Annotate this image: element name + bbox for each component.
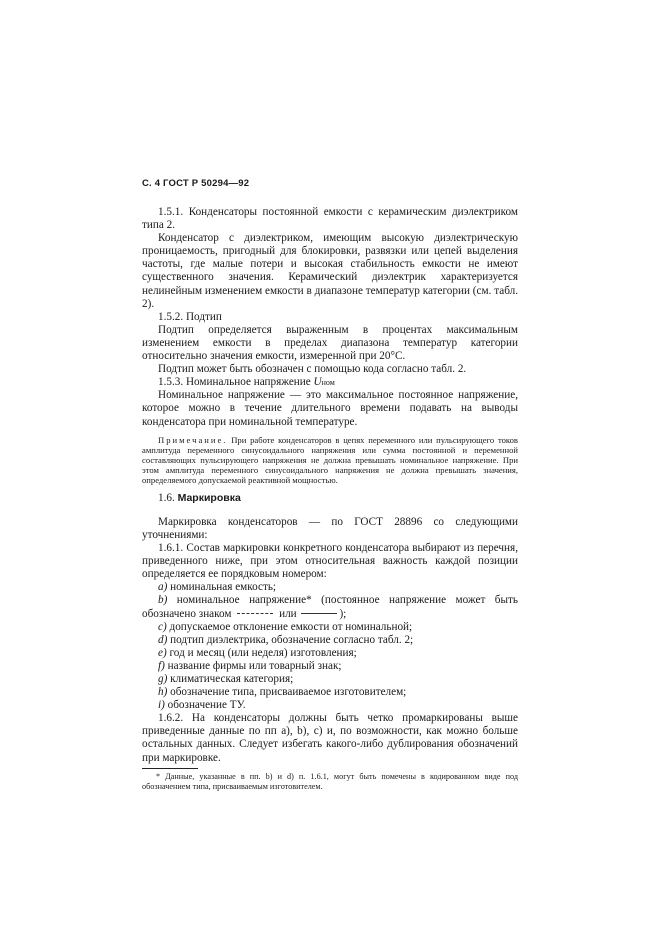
voltage-symbol: U [314, 376, 322, 388]
footnote-divider [142, 768, 198, 769]
item-letter: b) [158, 594, 167, 606]
dc-line-symbol-icon [301, 613, 337, 614]
item-letter: f) [158, 660, 165, 672]
item-text: подтип диэлектрика, обозначение согласно… [167, 634, 413, 646]
item-letter: i) [158, 699, 165, 711]
item-text-mid: или [276, 608, 299, 620]
dc-dashed-symbol-icon [237, 613, 273, 614]
heading-text: 1.5.3. Номинальное напряжение [158, 376, 314, 388]
page-header: С. 4 ГОСТ Р 50294—92 [142, 178, 518, 189]
item-text: номинальное напряжение* (постоянное напр… [142, 594, 518, 619]
item-text: обозначение ТУ. [165, 699, 246, 711]
item-text: климатическая категория; [167, 673, 293, 685]
item-letter: c) [158, 621, 167, 633]
heading-1-5-3: 1.5.3. Номинальное напряжение Uном [142, 376, 518, 389]
item-text-end: ); [339, 608, 346, 620]
heading-1-5-2: 1.5.2. Подтип [142, 311, 518, 324]
paragraph-1-6-1: 1.6.1. Состав маркировки конкретного кон… [142, 542, 518, 581]
paragraph-1-5-1: 1.5.1. Конденсаторы постоянной емкости с… [142, 206, 518, 232]
paragraph-rated-voltage: Номинальное напряжение — это максимально… [142, 389, 518, 428]
item-letter: d) [158, 634, 167, 646]
item-letter: a) [158, 581, 167, 593]
document-page: С. 4 ГОСТ Р 50294—92 1.5.1. Конденсаторы… [142, 178, 518, 792]
item-letter: h) [158, 686, 167, 698]
paragraph-subtype-def: Подтип определяется выраженным в процент… [142, 324, 518, 363]
paragraph-subtype-code: Подтип может быть обозначен с помощью ко… [142, 363, 518, 376]
item-text: название фирмы или товарный знак; [165, 660, 342, 672]
list-item-a: a) номинальная емкость; [142, 581, 518, 594]
item-text: допускаемое отклонение емкости от номина… [167, 621, 412, 633]
voltage-subscript: ном [322, 378, 335, 387]
list-item-i: i) обозначение ТУ. [142, 699, 518, 712]
section-title: Маркировка [178, 492, 241, 504]
list-item-h: h) обозначение типа, присваиваемое изгот… [142, 686, 518, 699]
list-item-g: g) климатическая категория; [142, 673, 518, 686]
list-item-c: c) допускаемое отклонение емкости от ном… [142, 621, 518, 634]
item-letter: e) [158, 647, 167, 659]
item-text: номинальная емкость; [167, 581, 276, 593]
section-number: 1.6. [158, 492, 178, 504]
note-label: Примечание. [158, 435, 227, 445]
note: Примечание. При работе конденсаторов в ц… [142, 435, 518, 486]
list-item-f: f) название фирмы или товарный знак; [142, 660, 518, 673]
section-intro: Маркировка конденсаторов — по ГОСТ 28896… [142, 516, 518, 542]
footnote: * Данные, указанные в пп. b) и d) п. 1.6… [142, 772, 518, 792]
item-text: год и месяц (или неделя) изготовления; [167, 647, 357, 659]
section-1-6-heading: 1.6. Маркировка [142, 492, 518, 505]
list-item-d: d) подтип диэлектрика, обозначение согла… [142, 634, 518, 647]
list-item-e: e) год и месяц (или неделя) изготовления… [142, 647, 518, 660]
paragraph-capacitor-desc: Конденсатор с диэлектриком, имеющим высо… [142, 232, 518, 311]
item-letter: g) [158, 673, 167, 685]
list-item-b: b) номинальное напряжение* (постоянное н… [142, 594, 518, 620]
paragraph-1-6-2: 1.6.2. На конденсаторы должны быть четко… [142, 712, 518, 764]
item-text: обозначение типа, присваиваемое изготови… [167, 686, 406, 698]
